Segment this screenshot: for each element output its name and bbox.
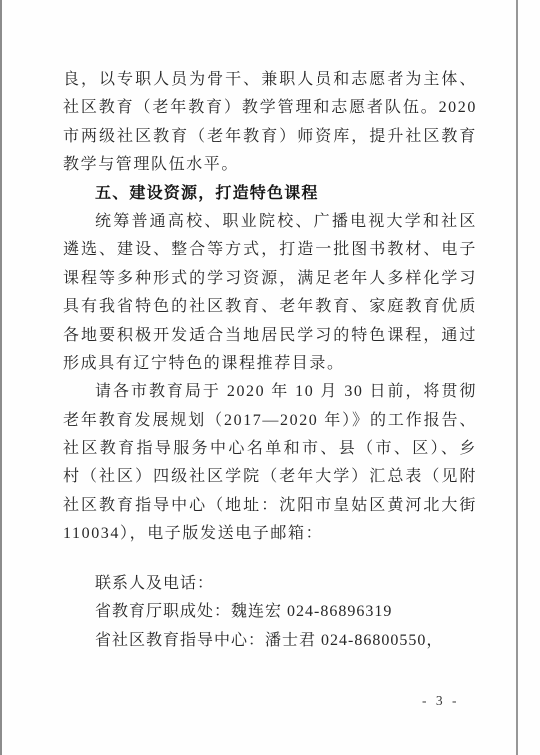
body-line: 教学与管理队伍水平。	[63, 151, 477, 179]
body-line: 具有我省特色的社区教育、老年教育、家庭教育优质课程资源库。	[63, 293, 477, 321]
body-line: 社区教育指导服务中心名单和市、县（市、区）、乡镇（街道）、	[63, 435, 477, 463]
document-body: 良，以专职人员为骨干、兼职人员和志愿者为主体、专兼结合的 社区教育（老年教育）教…	[63, 66, 477, 549]
body-line: 老年教育发展规划（2017—2020 年）》的工作报告、县（市、区）	[63, 407, 477, 435]
body-line: 课程等多种形式的学习资源，满足老年人多样化学习需求。建设	[63, 265, 477, 293]
body-line: 请各市教育局于 2020 年 10 月 30 日前，将贯彻落实《辽宁省	[63, 378, 477, 406]
body-line: 遴选、建设、整合等方式，打造一批图书教材、电子音像、网络	[63, 236, 477, 264]
contact-title: 联系人及电话：	[63, 570, 477, 598]
body-line: 统筹普通高校、职业院校、广播电视大学和社区学院，采用	[63, 208, 477, 236]
page-right-edge	[516, 0, 518, 755]
section-heading: 五、建设资源，打造特色课程	[63, 180, 477, 208]
body-line: 良，以专职人员为骨干、兼职人员和志愿者为主体、专兼结合的	[63, 66, 477, 94]
contact-info: 联系人及电话： 省教育厅职成处：魏连宏 024-86896319 省社区教育指导…	[63, 570, 477, 655]
body-line: 村（社区）四级社区学院（老年大学）汇总表（见附件）报送省	[63, 463, 477, 491]
document-page: 良，以专职人员为骨干、兼职人员和志愿者为主体、专兼结合的 社区教育（老年教育）教…	[0, 0, 540, 755]
body-line: 市两级社区教育（老年教育）师资库，提升社区教育（老年教育）	[63, 123, 477, 151]
contact-dept-line: 省教育厅职成处：魏连宏 024-86896319	[63, 598, 477, 626]
page-left-edge	[0, 0, 2, 755]
body-line: 各地要积极开发适合当地居民学习的特色课程，通过遴选等方式，	[63, 322, 477, 350]
body-line: 社区教育（老年教育）教学管理和志愿者队伍。2020 年，建立省、	[63, 94, 477, 122]
body-line: 社区教育指导中心（地址：沈阳市皇姑区黄河北大街 50 号，邮编：	[63, 492, 477, 520]
body-line: 110034），电子版发送电子邮箱：lnsszzx@126.com。	[63, 520, 477, 548]
contact-center-line: 省社区教育指导中心：潘士君 024-86800550，13066760957	[63, 627, 477, 655]
page-number: - 3 -	[422, 693, 482, 709]
body-line: 形成具有辽宁特色的课程推荐目录。	[63, 350, 477, 378]
